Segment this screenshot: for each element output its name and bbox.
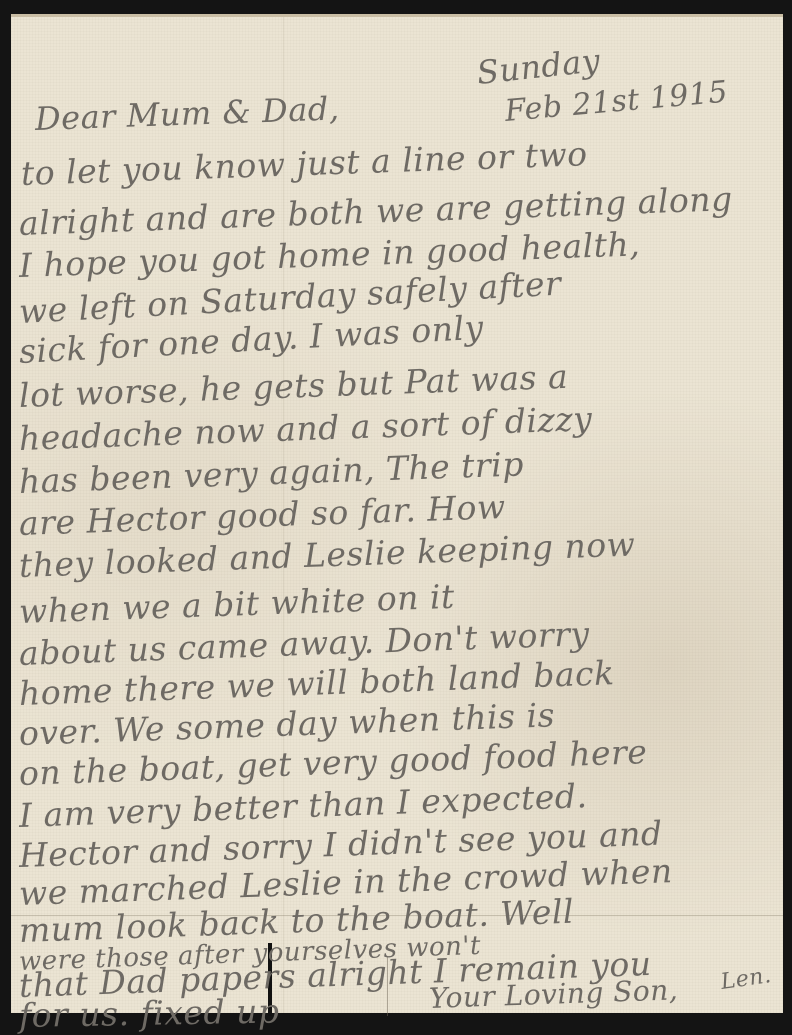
letter-closing: Your Loving Son,	[429, 976, 679, 1013]
letter-line: to let you know just a line or two	[20, 137, 588, 190]
letter-signature: Len.	[719, 965, 772, 994]
letter-line: for us. fixed up	[19, 994, 280, 1024]
letter-page: Sunday Feb 21st 1915 Dear Mum & Dad, to …	[11, 14, 783, 1013]
letter-day: Sunday	[475, 44, 601, 89]
letter-salutation: Dear Mum & Dad,	[34, 92, 340, 135]
